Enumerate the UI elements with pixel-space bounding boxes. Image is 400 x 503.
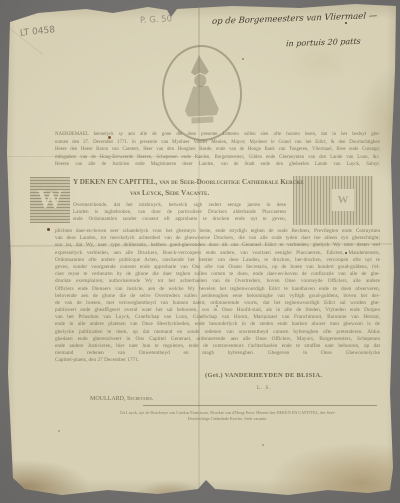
print-line: soo ist, dat Wy, naer rype deliberatie, …	[55, 242, 380, 249]
secretary-line: MOULLARD, Secretaris.	[90, 396, 153, 402]
stamp-mitre-icon	[190, 55, 209, 76]
print-line: mitsgaders van de Hoog-Eerweerde Heeren,…	[55, 154, 380, 162]
print-line: ghelycke publicatien te doen, op dat nie…	[55, 329, 380, 336]
stamp-bust-icon	[184, 85, 220, 117]
ink-speck	[345, 22, 347, 24]
signature-line: (Get.) VANDERHEYDEN DE BLISIA.	[205, 372, 322, 379]
imprint-rule	[143, 405, 377, 406]
print-line: NAERDEMAEL kennelyck sy aen alle de gone…	[55, 131, 380, 139]
imprint-line2: Doorluchtige Cathedrale Kercke, Sede vac…	[85, 416, 370, 421]
print-line: Overmerckende, dat het misbruyck, hetwel…	[73, 202, 286, 209]
heading-line1: Y DEKEN EN CAPITTEL, van de Seer-Doorluc…	[73, 178, 291, 186]
body-narrow-lines: Overmerckende, dat het misbruyck, hetwel…	[73, 202, 286, 224]
ink-speck	[58, 430, 60, 432]
photograph-of-placard: LT 0458 P. G. 50 op de Borgemeesters van…	[0, 0, 400, 503]
ink-speck	[262, 444, 264, 446]
print-line: ende Ordonnantien sonder consent oft app…	[73, 216, 286, 223]
date-line: Capittel-plaets, den 27 December 1771.	[55, 357, 139, 363]
locus-sigilli: L. S.	[257, 386, 272, 391]
print-line: belovende aen de ghone die de selve Over…	[55, 293, 380, 300]
pencil-shelfmark: P. G. 50	[140, 14, 172, 26]
body-paragraph: plichten daer-en-boven seer schaedelyck …	[55, 228, 380, 357]
print-line: Officiers ende Dienaers van Justicie, ae…	[55, 286, 380, 293]
ink-speck	[242, 58, 244, 60]
heading-line2: van Luyck, Sede Vacante.	[130, 189, 209, 197]
print-line: van dese Landen, tot merckelyck achterde…	[55, 235, 380, 242]
ornament-inner-glyph: W	[332, 189, 354, 211]
ornament-woodcut-block: W	[293, 176, 373, 225]
rust-speck	[47, 228, 50, 231]
print-line: ghedaen ende gheresolveert in Ons Capitt…	[55, 336, 380, 343]
stamp-head-icon	[194, 74, 207, 88]
print-line: de van de boeten, met versweghentheyd va…	[55, 300, 380, 307]
print-line: plichten daer-en-boven seer schaedelyck …	[55, 228, 380, 235]
stamp-base-icon	[191, 116, 213, 123]
print-line: Heeren van alle de Justicien ende Magist…	[55, 161, 380, 169]
dropcap-letter: W	[37, 185, 63, 215]
print-line: nomen den 27. December 1771. in presenti…	[55, 139, 380, 147]
print-line: expresselyck verbieden, aen alle Drucker…	[55, 250, 380, 257]
print-line: Heere den Heere Baron van Caestert, Heer…	[55, 146, 380, 154]
print-line: ende in alle andere plaetsen van Onse He…	[55, 321, 380, 328]
imprint-line1: Tot Luyck, uyt de Druckerye van Carolus …	[85, 410, 370, 415]
dropcap-woodcut-initial: W	[30, 177, 70, 223]
print-line: druckte exemplairen; authoriserende Wy t…	[55, 278, 380, 285]
print-line: van het Prinsdom van Luyck, Graefschap v…	[55, 314, 380, 321]
print-line: ende andere Justicieren, hier naer hun t…	[55, 343, 380, 350]
intro-paragraph: NAERDEMAEL kennelyck sy aen alle de gone…	[55, 131, 380, 169]
print-line: Ordonnantien ofte andere publicque Acten…	[55, 257, 380, 264]
